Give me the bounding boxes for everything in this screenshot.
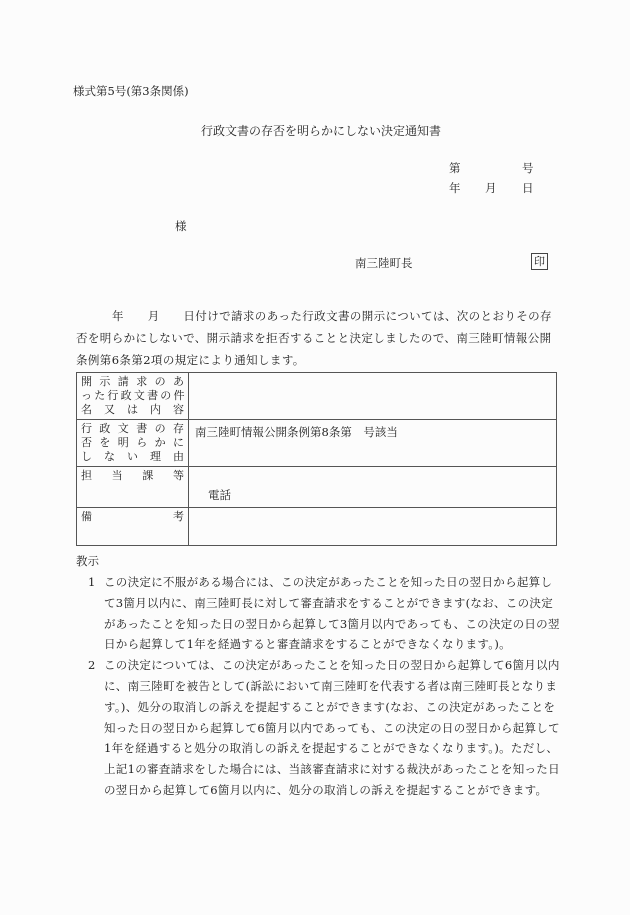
table-row: 備 考 [77, 508, 557, 546]
date-month: 月 [485, 180, 497, 196]
label-line: 開示請求のあ [81, 375, 184, 389]
body-paragraph: 年 月 日付けで請求のあった行政文書の開示については、次のとおりその存否を明らか… [76, 305, 560, 371]
number-prefix: 第 [449, 160, 461, 176]
notice-item: 1 この決定に不服がある場合には、この決定があったことを知った日の翌日から起算し… [88, 572, 564, 655]
notice-item-text: この決定については、この決定があったことを知った日の翌日から起算して6箇月以内に… [104, 658, 560, 797]
label-line: 否を明らかに [81, 436, 184, 450]
row-value[interactable]: 南三陸町情報公開条例第8条第 号該当 [189, 420, 557, 467]
label-line: 担 当 課 等 [81, 469, 184, 483]
table-row: 開示請求のあ った行政文書の件 名 又 は 内 容 [77, 373, 557, 420]
notice-item-number: 2 [88, 655, 96, 676]
notice-item-number: 1 [88, 572, 96, 593]
label-line: 行政文書の存 [81, 422, 184, 436]
form-number: 様式第5号(第3条関係) [73, 83, 189, 99]
date-day: 日 [522, 180, 534, 196]
notice-item: 2 この決定については、この決定があったことを知った日の翌日から起算して6箇月以… [88, 655, 564, 801]
seal-mark: 印 [531, 253, 548, 270]
notice-heading: 教示 [76, 553, 99, 569]
document-title: 行政文書の存否を明らかにしない決定通知書 [201, 122, 441, 139]
row-label: 行政文書の存 否を明らかに し な い 理 由 [77, 420, 189, 467]
number-suffix: 号 [522, 160, 534, 176]
label-line: 名 又 は 内 容 [81, 403, 184, 417]
phone-label: 電話 [208, 487, 550, 503]
notice-item-text: この決定に不服がある場合には、この決定があったことを知った日の翌日から起算して3… [104, 575, 560, 651]
date-year: 年 [449, 180, 461, 196]
notice-list: 1 この決定に不服がある場合には、この決定があったことを知った日の翌日から起算し… [88, 572, 564, 801]
label-line: し な い 理 由 [81, 450, 184, 464]
row-value[interactable]: 電話 [189, 467, 557, 508]
row-label: 備 考 [77, 508, 189, 546]
row-label: 担 当 課 等 [77, 467, 189, 508]
table-row: 行政文書の存 否を明らかに し な い 理 由 南三陸町情報公開条例第8条第 号… [77, 420, 557, 467]
label-line: 備 考 [81, 510, 184, 524]
sender-name: 南三陸町長 [355, 255, 413, 271]
addressee-honorific: 様 [175, 218, 187, 234]
row-value[interactable] [189, 508, 557, 546]
table-row: 担 当 課 等 電話 [77, 467, 557, 508]
details-table: 開示請求のあ った行政文書の件 名 又 は 内 容 行政文書の存 否を明らかに … [76, 372, 557, 546]
row-label: 開示請求のあ った行政文書の件 名 又 は 内 容 [77, 373, 189, 420]
label-line: った行政文書の件 [81, 389, 184, 403]
row-value[interactable] [189, 373, 557, 420]
